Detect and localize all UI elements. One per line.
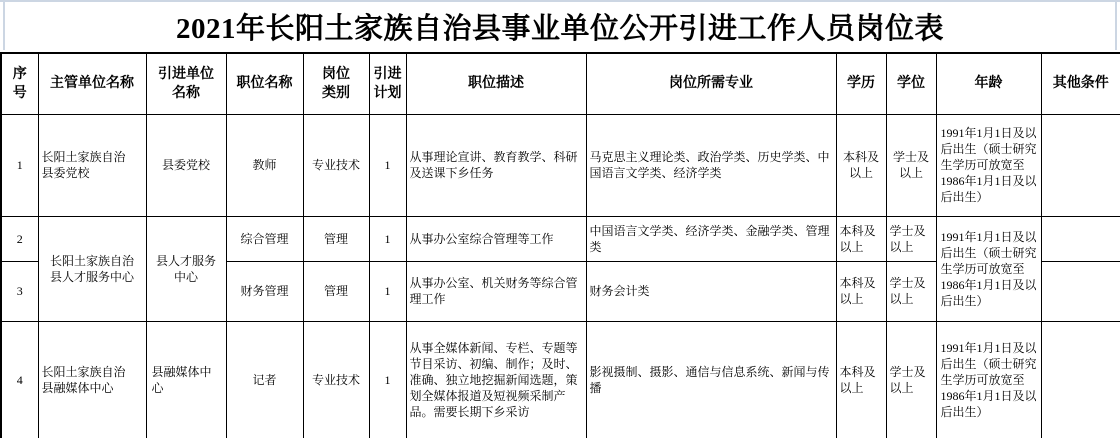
table-row: 4 长阳土家族自治县融媒体中心 县融媒体中心 记者 专业技术 1 从事全媒体新闻…	[1, 321, 1120, 438]
col-header-position-category: 岗位类别	[303, 53, 369, 114]
cell-other-conditions	[1041, 114, 1120, 216]
cell-recruit-plan: 1	[369, 321, 406, 438]
col-header-education: 学历	[836, 53, 886, 114]
cell-degree: 学士及以上	[886, 114, 936, 216]
cell-recruit-plan: 1	[369, 261, 406, 321]
cell-recruiting-unit: 县委党校	[146, 114, 226, 216]
title-area: 2021年长阳土家族自治县事业单位公开引进工作人员岗位表	[0, 0, 1120, 52]
header-row: 序号 主管单位名称 引进单位名称 职位名称 岗位类别 引进计划 职位描述 岗位所…	[1, 53, 1120, 114]
page: 2021年长阳土家族自治县事业单位公开引进工作人员岗位表 序号 主管单位名称 引…	[0, 0, 1120, 438]
cell-required-majors: 影视摄制、摄影、通信与信息系统、新闻与传播	[586, 321, 836, 438]
positions-table: 序号 主管单位名称 引进单位名称 职位名称 岗位类别 引进计划 职位描述 岗位所…	[0, 52, 1120, 438]
cell-required-majors: 财务会计类	[586, 261, 836, 321]
col-header-supervisor-unit: 主管单位名称	[38, 53, 146, 114]
cell-age: 1991年1月1日及以后出生（硕士研究生学历可放宽至1986年1月1日及以后出生…	[936, 216, 1041, 321]
cell-recruiting-unit: 县人才服务中心	[146, 216, 226, 321]
cell-degree: 学士及以上	[886, 216, 936, 261]
cell-education: 本科及以上	[836, 321, 886, 438]
cell-degree: 学士及以上	[886, 321, 936, 438]
cell-recruit-plan: 1	[369, 216, 406, 261]
cell-education: 本科及以上	[836, 261, 886, 321]
col-header-recruit-plan: 引进计划	[369, 53, 406, 114]
col-header-recruiting-unit: 引进单位名称	[146, 53, 226, 114]
cell-position-name: 财务管理	[226, 261, 303, 321]
cell-required-majors: 马克思主义理论类、政治学类、历史学类、中国语言文学类、经济学类	[586, 114, 836, 216]
table-row: 2 长阳土家族自治县人才服务中心 县人才服务中心 综合管理 管理 1 从事办公室…	[1, 216, 1120, 261]
cell-other-conditions	[1041, 321, 1120, 438]
table-row: 1 长阳土家族自治县委党校 县委党校 教师 专业技术 1 从事理论宣讲、教育教学…	[1, 114, 1120, 216]
cell-position-name: 教师	[226, 114, 303, 216]
col-header-no: 序号	[1, 53, 38, 114]
cell-supervisor-unit: 长阳土家族自治县融媒体中心	[38, 321, 146, 438]
table-title: 2021年长阳土家族自治县事业单位公开引进工作人员岗位表	[0, 0, 1120, 52]
cell-recruiting-unit: 县融媒体中心	[146, 321, 226, 438]
col-header-required-majors: 岗位所需专业	[586, 53, 836, 114]
cell-no: 1	[1, 114, 38, 216]
cell-age: 1991年1月1日及以后出生（硕士研究生学历可放宽至1986年1月1日及以后出生…	[936, 321, 1041, 438]
col-header-job-description: 职位描述	[406, 53, 586, 114]
cell-position-category: 专业技术	[303, 114, 369, 216]
cell-no: 2	[1, 216, 38, 261]
cell-supervisor-unit: 长阳土家族自治县人才服务中心	[38, 216, 146, 321]
cell-job-description: 从事办公室、机关财务等综合管理工作	[406, 261, 586, 321]
cell-other-conditions	[1041, 216, 1120, 261]
cell-other-conditions	[1041, 261, 1120, 321]
cell-job-description: 从事理论宣讲、教育教学、科研及送课下乡任务	[406, 114, 586, 216]
cell-position-category: 管理	[303, 261, 369, 321]
cell-no: 3	[1, 261, 38, 321]
col-header-position-name: 职位名称	[226, 53, 303, 114]
cell-job-description: 从事办公室综合管理等工作	[406, 216, 586, 261]
cell-supervisor-unit: 长阳土家族自治县委党校	[38, 114, 146, 216]
cell-recruit-plan: 1	[369, 114, 406, 216]
cell-degree: 学士及以上	[886, 261, 936, 321]
cell-position-category: 管理	[303, 216, 369, 261]
col-header-age: 年龄	[936, 53, 1041, 114]
col-header-degree: 学位	[886, 53, 936, 114]
cell-position-name: 综合管理	[226, 216, 303, 261]
cell-job-description: 从事全媒体新闻、专栏、专题等节目采访、初编、制作；及时、准确、独立地挖掘新闻选题…	[406, 321, 586, 438]
cell-position-category: 专业技术	[303, 321, 369, 438]
cell-no: 4	[1, 321, 38, 438]
cell-position-name: 记者	[226, 321, 303, 438]
cell-age: 1991年1月1日及以后出生（硕士研究生学历可放宽至1986年1月1日及以后出生…	[936, 114, 1041, 216]
cell-required-majors: 中国语言文学类、经济学类、金融学类、管理类	[586, 216, 836, 261]
cell-education: 本科及以上	[836, 114, 886, 216]
col-header-other-conditions: 其他条件	[1041, 53, 1120, 114]
cell-education: 本科及以上	[836, 216, 886, 261]
